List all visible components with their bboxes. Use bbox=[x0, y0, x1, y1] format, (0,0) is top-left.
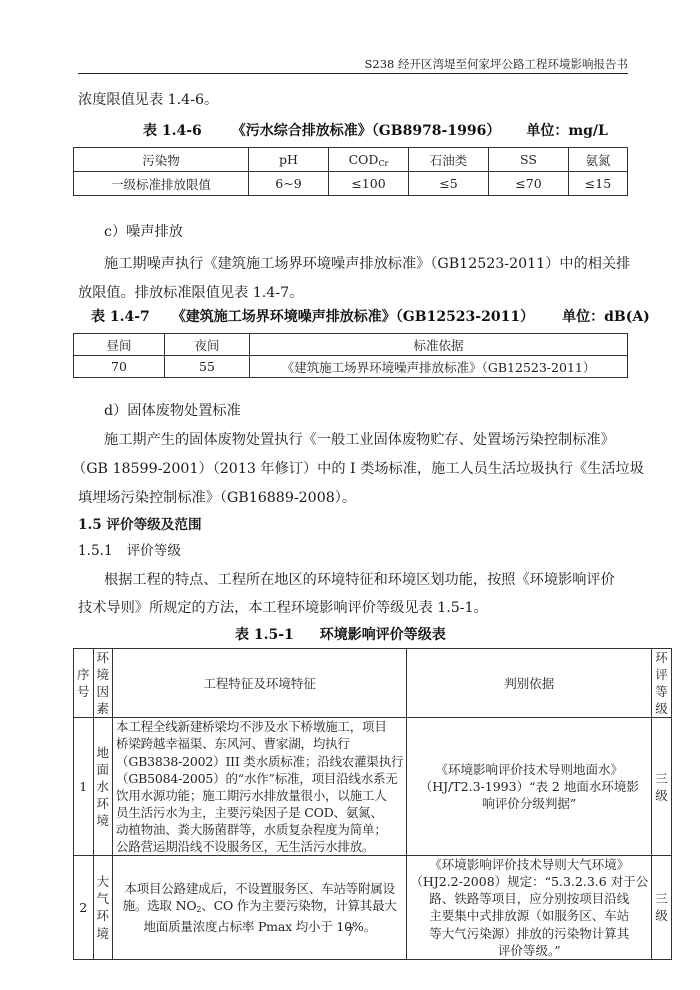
caption-title: 《建筑施工场界环境噪声排放标准》（GB12523-2011） bbox=[172, 309, 534, 325]
section-c-heading: c）噪声排放 bbox=[104, 218, 183, 247]
table-row: 2 大气环境 本项目公路建成后，不设置服务区、车站等附属设 施。选取 NO2、C… bbox=[74, 856, 672, 960]
row-no: 2 bbox=[74, 856, 94, 960]
table-row: 70 55 《建筑施工场界环境噪声排放标准》（GB12523-2011） bbox=[74, 356, 628, 378]
caption-number: 表 1.5-1 bbox=[235, 627, 294, 643]
basis-line: 路、铁路等项目，应分别按项目沿线 bbox=[410, 890, 648, 907]
table-cell: ≤100 bbox=[329, 172, 409, 196]
running-header: S238 经开区湾堤至何家坪公路工程环境影响报告书 bbox=[78, 56, 628, 72]
table-cell: 《建筑施工场界环境噪声排放标准》（GB12523-2011） bbox=[250, 356, 628, 378]
basis-line: （HJ2.2-2008）规定：“5.3.2.3.6 对于公 bbox=[410, 873, 648, 890]
subsection-title: 评价等级 bbox=[127, 543, 181, 559]
factor-text: 地面水 bbox=[97, 744, 110, 795]
section-1-5-line1: 根据工程的特点、工程所在地区的环境特征和环境区划功能，按照《环境影响评价 bbox=[104, 566, 615, 595]
table-header-row: 污染物 pH CODCr 石油类 SS 氨氮 bbox=[74, 148, 628, 172]
table-1-5-1-caption: 表 1.5-1环境影响评价等级表 bbox=[235, 624, 446, 644]
header-cell: pH bbox=[249, 148, 329, 172]
caption-title: 《污水综合排放标准》（GB8978-1996） bbox=[232, 123, 501, 139]
caption-title: 环境影响评价等级表 bbox=[320, 627, 446, 643]
header-text: 等级 bbox=[655, 683, 668, 717]
table-1-4-6-caption: 表 1.4-6《污水综合排放标准》（GB8978-1996）单位：mg/L bbox=[143, 120, 608, 140]
features-line: 饮用水源功能；施工期污水排放量很小，以施工人 bbox=[116, 787, 403, 804]
caption-unit: 单位：dB(A) bbox=[562, 309, 650, 325]
table-header-row: 昼间 夜间 标准依据 bbox=[74, 334, 628, 356]
features-line: 公路营运期沿线不设服务区，无生活污水排放。 bbox=[116, 838, 403, 855]
header-cell: 夜间 bbox=[165, 334, 250, 356]
section-d-line3: 填埋场污染控制标准》（GB16889-2008）。 bbox=[78, 484, 356, 513]
features-line: 动植物油、粪大肠菌群等，水质复杂程度为简单； bbox=[116, 821, 403, 838]
table-cell: 一级标准排放限值 bbox=[74, 172, 249, 196]
row-factor: 地面水环境 bbox=[93, 718, 113, 856]
header-cell: 石油类 bbox=[409, 148, 489, 172]
section-1-5-line2: 技术导则》所规定的方法，本工程环境影响评价等级见表 1.5-1。 bbox=[78, 594, 488, 623]
header-text: 环评 bbox=[655, 649, 668, 683]
row-features: 本项目公路建成后，不设置服务区、车站等附属设 施。选取 NO2、CO 作为主要污… bbox=[113, 856, 407, 960]
header-text: 因素 bbox=[97, 683, 110, 717]
row-basis: 《环境影响评价技术导则地面水》 （HJ/T2.3-1993）“表 2 地面水环境… bbox=[407, 718, 652, 856]
table-1-4-7-caption: 表 1.4-7《建筑施工场界环境噪声排放标准》（GB12523-2011）单位：… bbox=[91, 306, 650, 326]
header-cell-no: 序号 bbox=[74, 649, 94, 718]
header-text: 环境 bbox=[97, 649, 110, 683]
section-d-line1: 施工期产生的固体废物处置执行《一般工业固体废物贮存、处置场污染控制标准》 bbox=[104, 426, 615, 455]
basis-line: 《环境影响评价技术导则地面水》 bbox=[410, 761, 648, 778]
cod-subscript: Cr bbox=[378, 159, 388, 168]
section-c-paragraph-line2: 放限值。排放标准限值见表 1.4-7。 bbox=[78, 279, 303, 308]
table-row: 一级标准排放限值 6~9 ≤100 ≤5 ≤70 ≤15 bbox=[74, 172, 628, 196]
header-cell-basis: 判别依据 bbox=[407, 649, 652, 718]
features-text: 施。选取 NO bbox=[123, 898, 197, 913]
cod-label: COD bbox=[349, 152, 379, 167]
table-cell: 55 bbox=[165, 356, 250, 378]
basis-line: 《环境影响评价技术导则大气环境》 bbox=[410, 856, 648, 873]
section-d-heading: d）固体废物处置标准 bbox=[104, 397, 241, 426]
features-line: 桥梁跨越幸福渠、东风河、曹家湖，均执行 bbox=[116, 735, 403, 752]
table-cell: ≤15 bbox=[569, 172, 628, 196]
features-line: 本项目公路建成后，不设置服务区、车站等附属设 bbox=[116, 880, 403, 897]
features-line: （GB5084-2005）的“水作”标准，项目沿线水系无 bbox=[116, 770, 403, 787]
header-cell: 标准依据 bbox=[250, 334, 628, 356]
row-grade: 三级 bbox=[652, 856, 672, 960]
subsection-number: 1.5.1 bbox=[78, 543, 113, 559]
section-1-5-heading: 1.5 评价等级及范围 bbox=[78, 511, 202, 540]
caption-number: 表 1.4-7 bbox=[91, 309, 150, 325]
header-cell-factor: 环境因素 bbox=[93, 649, 113, 718]
table-cell: 6~9 bbox=[249, 172, 329, 196]
table-cell: ≤5 bbox=[409, 172, 489, 196]
features-line: （GB3838-2002）III 类水质标准；沿线农灌渠执行 bbox=[116, 753, 403, 770]
row-features: 本工程全线新建桥梁均不涉及水下桥墩施工，项目 桥梁跨越幸福渠、东风河、曹家湖，均… bbox=[113, 718, 407, 856]
caption-number: 表 1.4-6 bbox=[143, 123, 202, 139]
basis-line: （HJ/T2.3-1993）“表 2 地面水环境影 bbox=[410, 778, 648, 795]
header-cell: 昼间 bbox=[74, 334, 165, 356]
table-cell: ≤70 bbox=[489, 172, 569, 196]
basis-line: 响评价分级判据” bbox=[410, 795, 648, 812]
header-cell: 氨氮 bbox=[569, 148, 628, 172]
row-factor: 大气环境 bbox=[93, 856, 113, 960]
section-1-5-1-heading: 1.5.1评价等级 bbox=[78, 537, 181, 566]
header-cell-grade: 环评等级 bbox=[652, 649, 672, 718]
features-line: 本工程全线新建桥梁均不涉及水下桥墩施工，项目 bbox=[116, 718, 403, 735]
features-line: 员生活污水为主，主要污染因子是 COD、氨氮、 bbox=[116, 804, 403, 821]
row-grade: 三级 bbox=[652, 718, 672, 856]
table-1-5-1: 序号 环境因素 工程特征及环境特征 判别依据 环评等级 1 地面水环境 本工程全… bbox=[73, 648, 672, 960]
table-row: 1 地面水环境 本工程全线新建桥梁均不涉及水下桥墩施工，项目 桥梁跨越幸福渠、东… bbox=[74, 718, 672, 856]
page-number: 7 bbox=[0, 924, 700, 939]
header-cell: CODCr bbox=[329, 148, 409, 172]
caption-unit: 单位：mg/L bbox=[526, 123, 608, 139]
basis-line: 主要集中式排放源（如服务区、车站 bbox=[410, 907, 648, 924]
factor-text: 大气 bbox=[97, 873, 110, 907]
section-c-paragraph-line1: 施工期噪声执行《建筑施工场界环境噪声排放标准》（GB12523-2011）中的相… bbox=[104, 250, 630, 279]
table-1-4-6: 污染物 pH CODCr 石油类 SS 氨氮 一级标准排放限值 6~9 ≤100… bbox=[73, 147, 628, 196]
table-cell: 70 bbox=[74, 356, 165, 378]
intro-line: 浓度限值见表 1.4-6。 bbox=[78, 86, 218, 115]
header-cell: SS bbox=[489, 148, 569, 172]
header-cell: 污染物 bbox=[74, 148, 249, 172]
features-text: 、CO 作为主要污染物，计算其最大 bbox=[201, 898, 396, 913]
header-divider bbox=[78, 73, 628, 74]
section-d-line2: （GB 18599-2001）（2013 年修订）中的 I 类场标准，施工人员生… bbox=[72, 455, 644, 484]
factor-text: 环境 bbox=[97, 795, 110, 829]
table-1-4-7: 昼间 夜间 标准依据 70 55 《建筑施工场界环境噪声排放标准》（GB1252… bbox=[73, 333, 628, 378]
features-line: 施。选取 NO2、CO 作为主要污染物，计算其最大 bbox=[116, 897, 403, 918]
row-basis: 《环境影响评价技术导则大气环境》 （HJ2.2-2008）规定：“5.3.2.3… bbox=[407, 856, 652, 960]
basis-line: 评价等级。” bbox=[410, 942, 648, 959]
header-cell-features: 工程特征及环境特征 bbox=[113, 649, 407, 718]
table-header-row: 序号 环境因素 工程特征及环境特征 判别依据 环评等级 bbox=[74, 649, 672, 718]
row-no: 1 bbox=[74, 718, 94, 856]
